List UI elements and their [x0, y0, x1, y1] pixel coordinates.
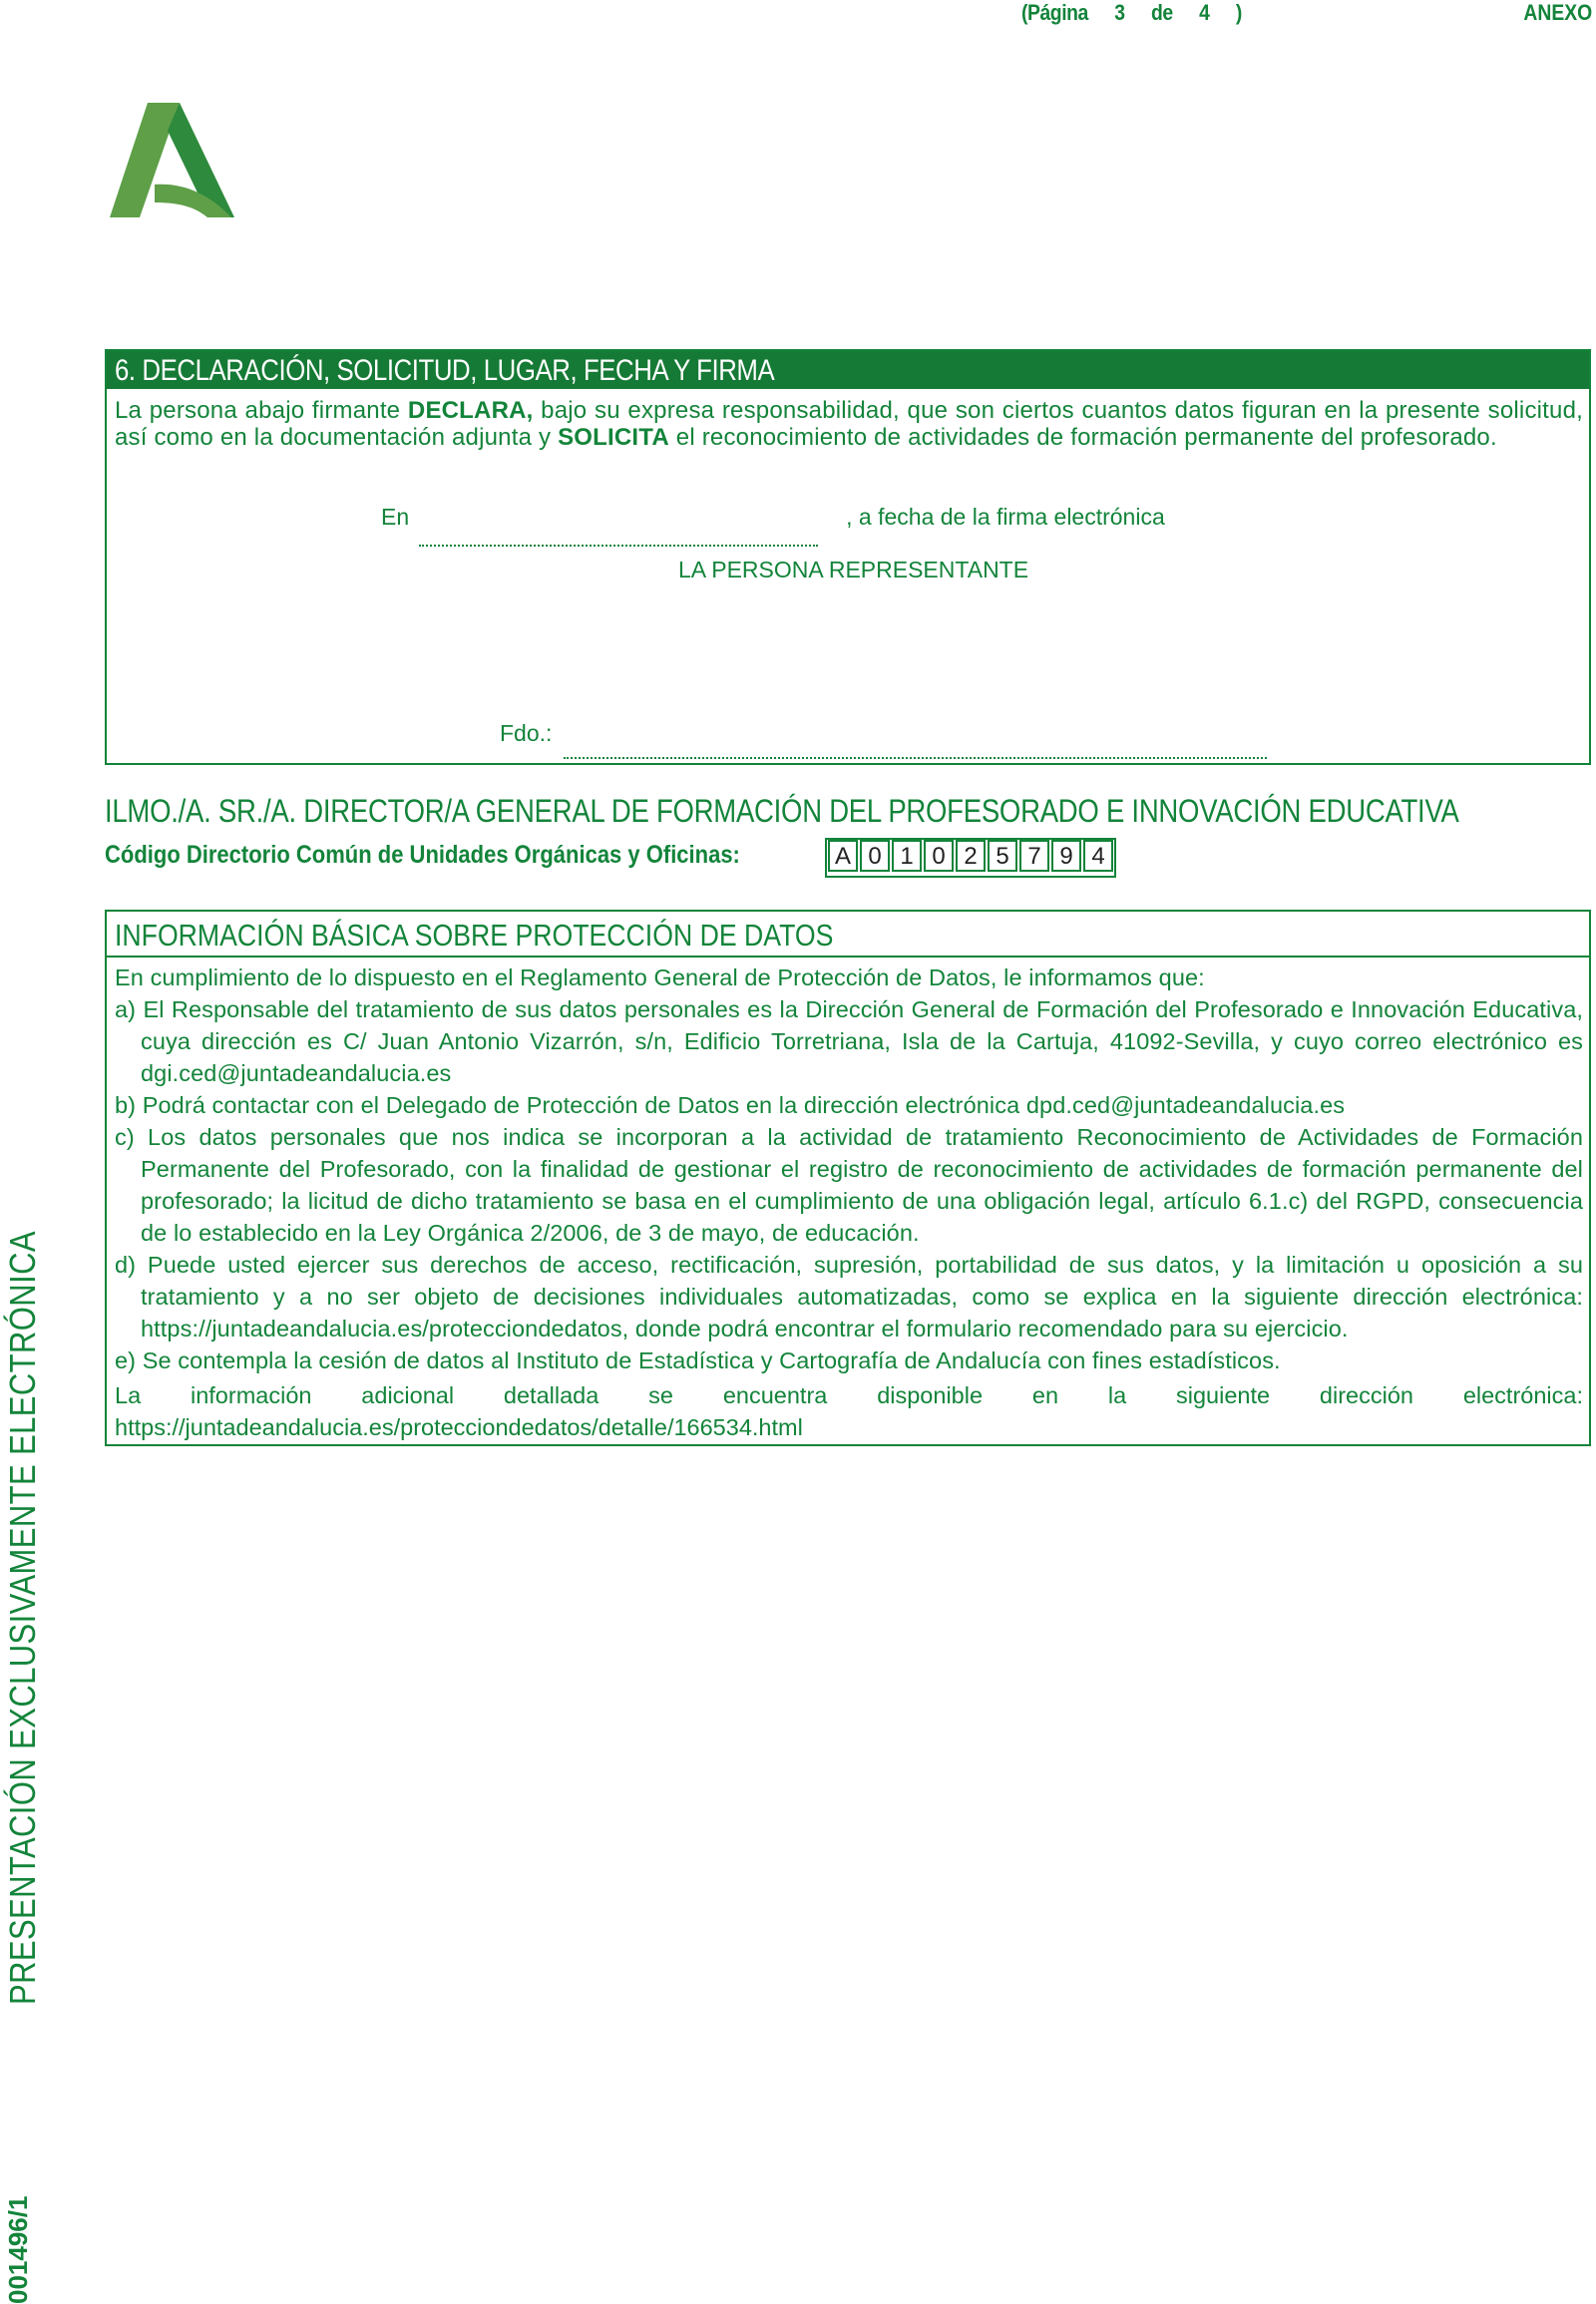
- dir3-code-row: Código Directorio Común de Unidades Orgá…: [105, 841, 803, 870]
- date-text: , a fecha de la firma electrónica: [846, 504, 1165, 531]
- dir3-code-boxes: A 0 1 0 2 5 7 9 4: [825, 838, 1116, 878]
- signature-line: Fdo.:: [500, 720, 1267, 747]
- electronic-only-text: PRESENTACIÓN EXCLUSIVAMENTE ELECTRÓNICA: [2, 1231, 44, 2005]
- code-char: 1: [892, 840, 922, 872]
- data-protection-item-c: c) Los datos personales que nos indica s…: [115, 1121, 1583, 1249]
- code-char: 7: [1019, 840, 1049, 872]
- data-protection-item-b: b) Podrá contactar con el Delegado de Pr…: [115, 1089, 1583, 1121]
- solicita-bold: SOLICITA: [558, 424, 669, 451]
- page-of: de: [1151, 0, 1173, 28]
- annex-label: ANEXO: [1523, 0, 1592, 26]
- code-char: 9: [1051, 840, 1081, 872]
- declara-bold: DECLARA,: [408, 397, 534, 424]
- declaration-text-1: La persona abajo firmante: [115, 397, 408, 424]
- place-line: En , a fecha de la firma electrónica: [381, 513, 1165, 543]
- signature-field[interactable]: [564, 757, 1267, 759]
- code-char: 5: [988, 840, 1017, 872]
- place-label: En: [381, 504, 409, 531]
- data-protection-additional-info: La información adicional detallada se en…: [115, 1379, 1583, 1443]
- data-protection-header: INFORMACIÓN BÁSICA SOBRE PROTECCIÓN DE D…: [107, 912, 1589, 958]
- data-protection-item-a: a) El Responsable del tratamiento de sus…: [115, 993, 1583, 1089]
- code-char: 4: [1083, 840, 1113, 872]
- data-protection-item-d: d) Puede usted ejercer sus derechos de a…: [115, 1249, 1583, 1344]
- page-indicator: (Página 3 de 4 ): [1021, 0, 1242, 28]
- section-header: 6. DECLARACIÓN, SOLICITUD, LUGAR, FECHA …: [107, 351, 1589, 389]
- form-code: 001496/1: [3, 2196, 34, 2304]
- dir3-code-label: Código Directorio Común de Unidades Orgá…: [105, 841, 719, 870]
- data-protection-body: En cumplimiento de lo dispuesto en el Re…: [107, 958, 1589, 1443]
- electronic-only-notice: PRESENTACIÓN EXCLUSIVAMENTE ELECTRÓNICA: [2, 1105, 44, 2005]
- addressee-title: ILMO./A. SR./A. DIRECTOR/A GENERAL DE FO…: [105, 793, 1459, 830]
- section-title: 6. DECLARACIÓN, SOLICITUD, LUGAR, FECHA …: [115, 351, 774, 391]
- signature-label: Fdo.:: [500, 720, 552, 747]
- declaration-text-3: el reconocimiento de actividades de form…: [669, 424, 1497, 451]
- place-field[interactable]: [419, 545, 818, 547]
- declaration-text: La persona abajo firmante DECLARA, bajo …: [115, 397, 1583, 451]
- representative-label: LA PERSONA REPRESENTANTE: [678, 557, 1028, 583]
- code-char: 0: [860, 840, 890, 872]
- page-suffix: ): [1236, 0, 1242, 28]
- code-char: 0: [924, 840, 954, 872]
- data-protection-intro: En cumplimiento de lo dispuesto en el Re…: [115, 961, 1583, 993]
- page-total: 4: [1199, 0, 1209, 28]
- page-prefix: (Página: [1021, 0, 1088, 28]
- data-protection-title: INFORMACIÓN BÁSICA SOBRE PROTECCIÓN DE D…: [115, 912, 833, 960]
- code-char: A: [828, 840, 858, 872]
- page-current: 3: [1114, 0, 1124, 28]
- junta-andalucia-logo-icon: [110, 103, 234, 217]
- data-protection-item-e: e) Se contempla la cesión de datos al In…: [115, 1344, 1583, 1376]
- code-char: 2: [956, 840, 986, 872]
- data-protection-section: INFORMACIÓN BÁSICA SOBRE PROTECCIÓN DE D…: [105, 910, 1591, 1446]
- declaration-section: 6. DECLARACIÓN, SOLICITUD, LUGAR, FECHA …: [105, 349, 1591, 765]
